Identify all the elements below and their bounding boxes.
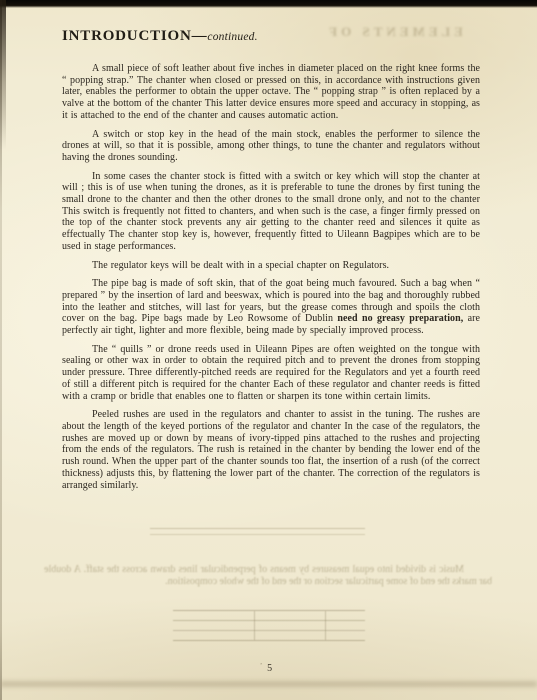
scanned-book-page: ELEMENTS OF INTRODUCTION—continued. A sm… <box>0 0 537 700</box>
paragraph-popping-strap: A small piece of soft leather about five… <box>62 63 480 122</box>
ghost-bleedthrough-table <box>173 610 365 641</box>
paragraph-regulator-keys: The regulator keys will be dealt with in… <box>62 260 480 272</box>
scan-edge-left <box>0 0 6 150</box>
page-title: INTRODUCTION—continued. <box>62 27 480 46</box>
paragraph-switch-stop-key: A switch or stop key in the head of the … <box>62 129 480 164</box>
ghost-bleedthrough-rule <box>150 528 365 535</box>
page-content: INTRODUCTION—continued. A small piece of… <box>62 27 480 498</box>
paragraph-pipe-bag: The pipe bag is made of soft skin, that … <box>62 278 480 337</box>
paragraph-quills: The “ quills ” or drone reeds used in Ui… <box>62 344 480 403</box>
paragraph-chanter-stock: In some cases the chanter stock is fitte… <box>62 171 480 253</box>
page-title-main: INTRODUCTION— <box>62 28 207 44</box>
pipe-bag-text-bold: need no greasy preparation, <box>337 313 463 324</box>
page-title-suffix: continued. <box>207 31 257 43</box>
ghost-bleedthrough-paragraph: Music is divided into equal measures by … <box>44 564 492 587</box>
scan-edge-top <box>0 0 537 8</box>
page-number: 5 <box>0 663 537 674</box>
scan-shadow-bottom <box>0 681 537 687</box>
paragraph-peeled-rushes: Peeled rushes are used in the regulators… <box>62 409 480 491</box>
